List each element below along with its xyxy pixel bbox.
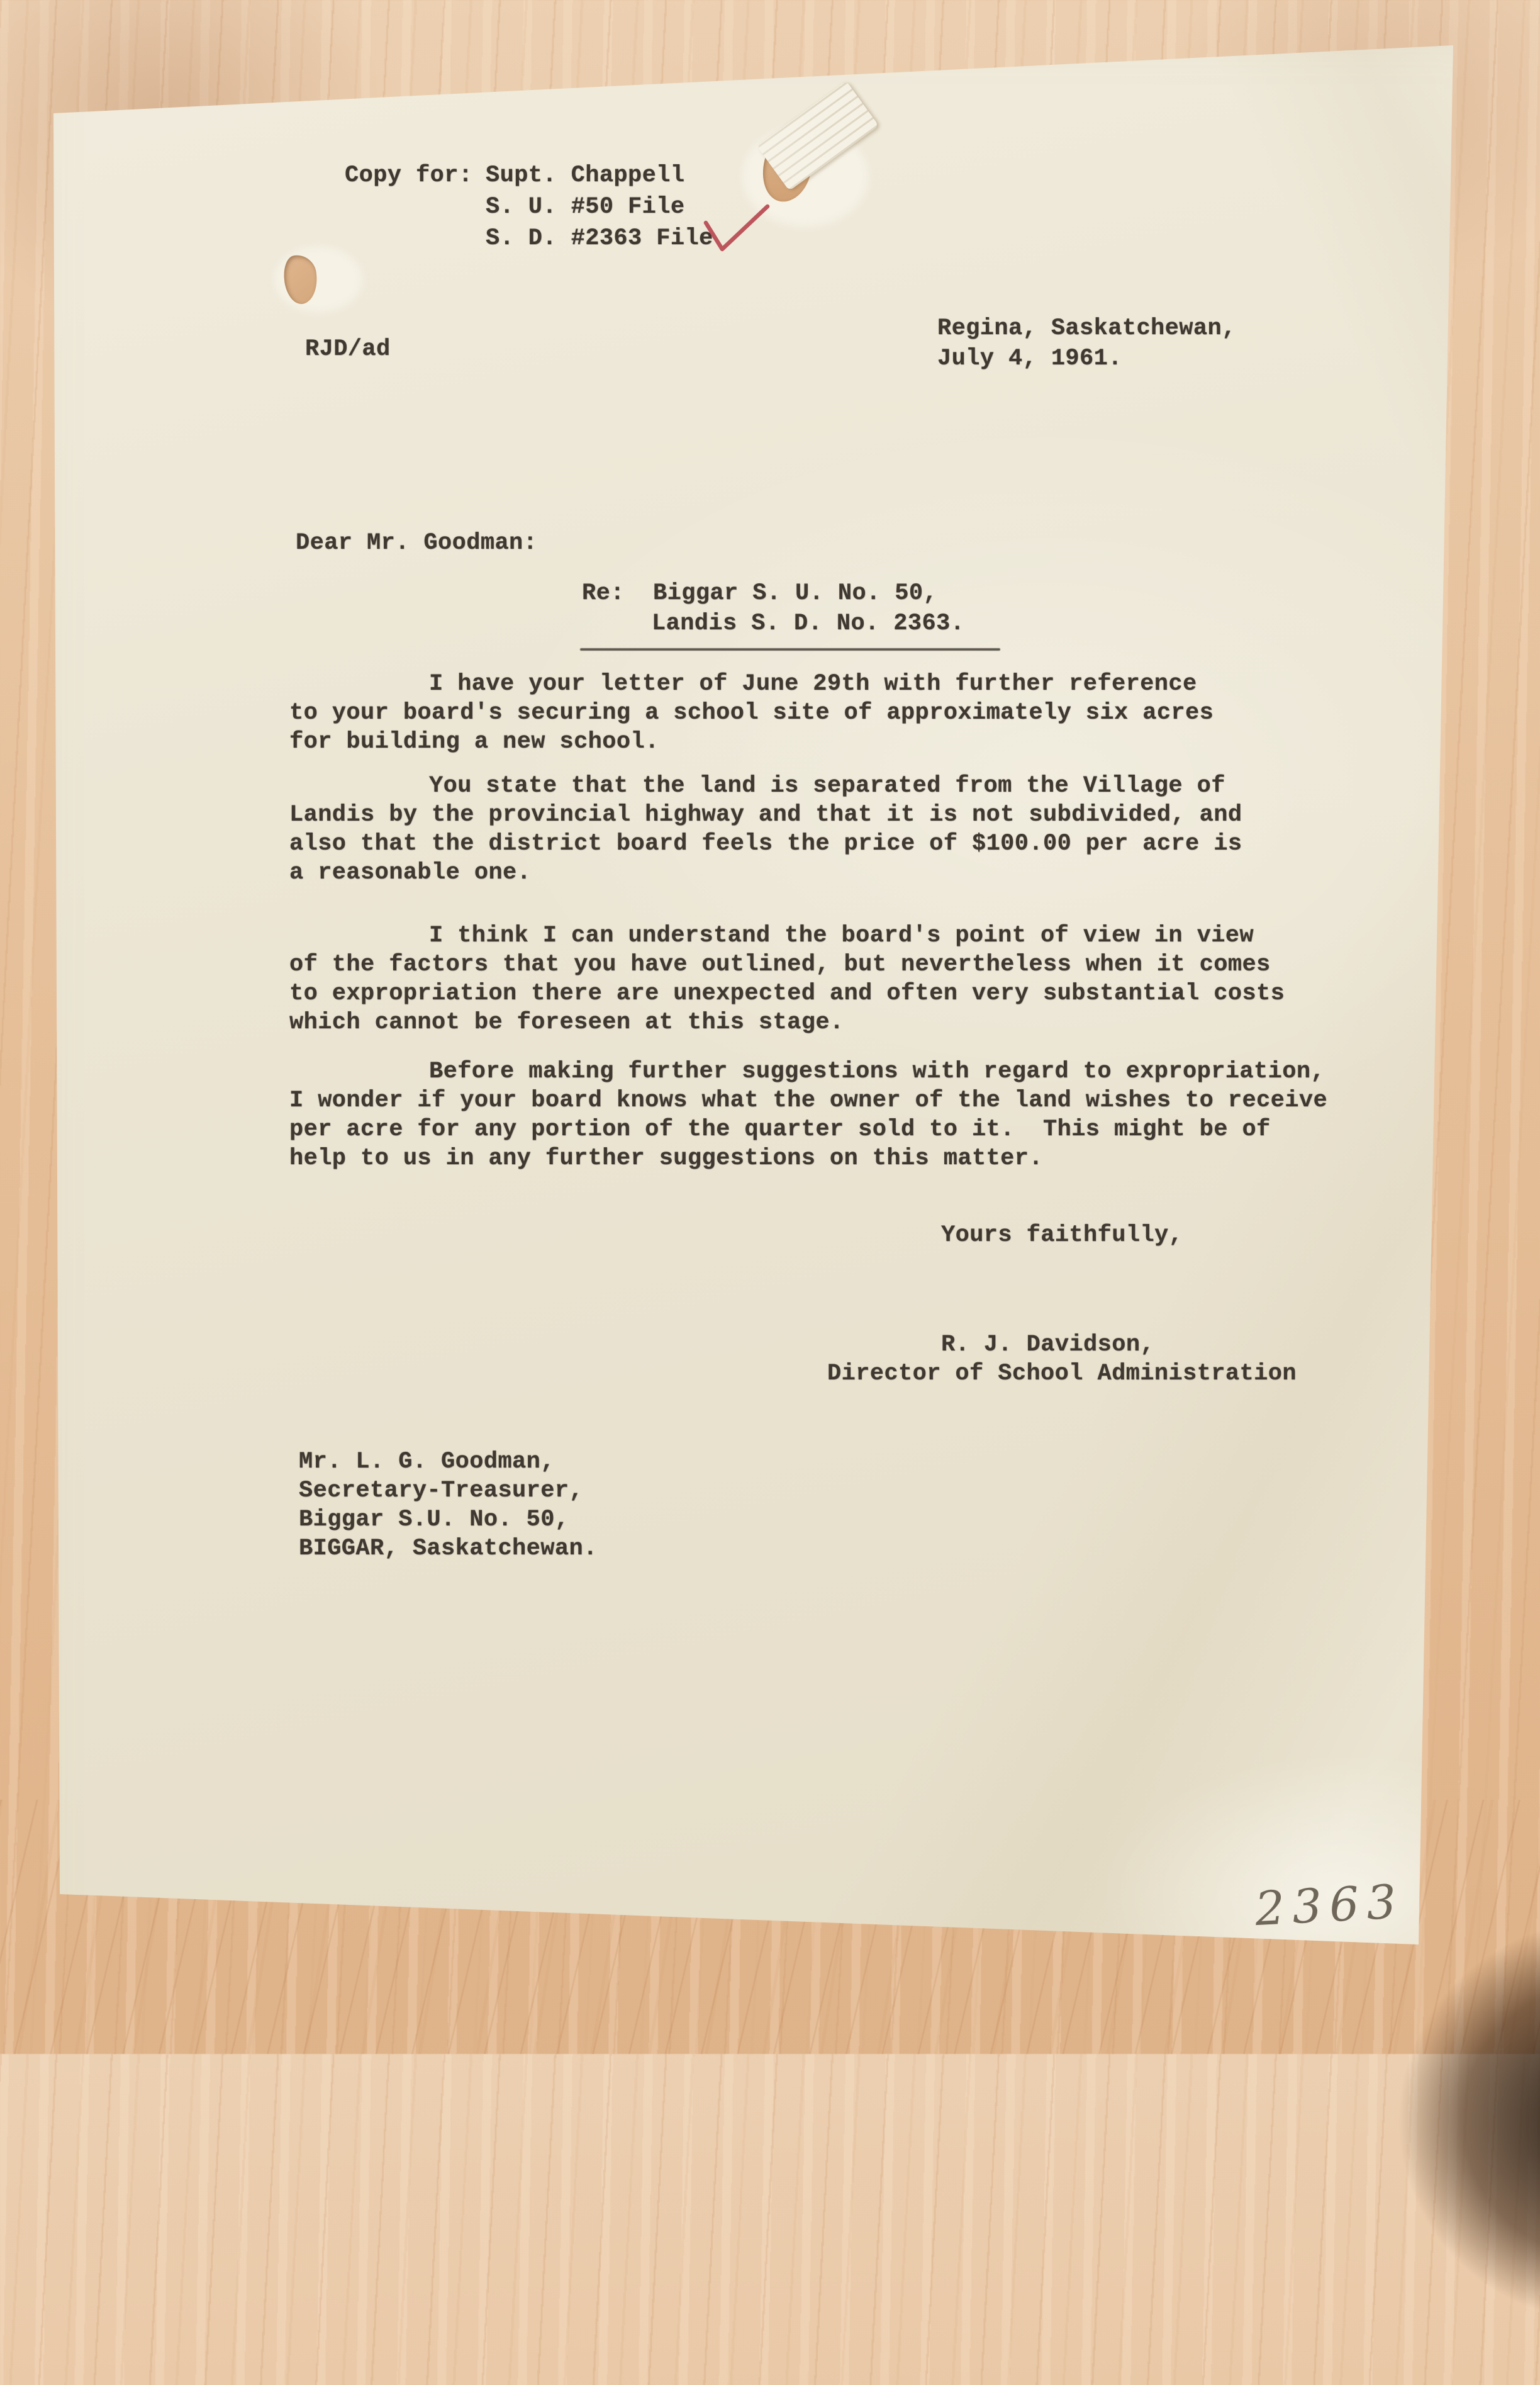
copy-for-label: Copy for: (345, 160, 472, 191)
recipient-address: Mr. L. G. Goodman, Secretary-Treasurer, … (299, 1447, 598, 1563)
body-line: Landis by the provincial highway and tha… (289, 800, 1242, 829)
recipient-line: Biggar S.U. No. 50, (299, 1505, 598, 1534)
recipient-line: Secretary-Treasurer, (299, 1476, 598, 1505)
body-line: I have your letter of June 29th with fur… (289, 670, 1214, 699)
body-line: for building a new school. (289, 727, 1214, 756)
dateline: Regina, Saskatchewan, July 4, 1961. (937, 313, 1236, 374)
body-line: per acre for any portion of the quarter … (289, 1115, 1327, 1144)
copy-for-line: S. U. #50 File (486, 191, 713, 223)
body-line: which cannot be foreseen at this stage. (289, 1008, 1285, 1037)
copy-for-line: S. D. #2363 File (486, 223, 713, 254)
body-line: to expropriation there are unexpected an… (289, 979, 1285, 1008)
body-line: Before making further suggestions with r… (289, 1057, 1327, 1086)
signature-name: R. J. Davidson, (941, 1330, 1154, 1359)
closing: Yours faithfully, (941, 1221, 1183, 1250)
body-line: of the factors that you have outlined, b… (289, 950, 1285, 979)
body-paragraph: You state that the land is separated fro… (289, 772, 1242, 887)
body-line: also that the district board feels the p… (289, 829, 1242, 858)
handwritten-file-number: 2363 (1254, 1875, 1405, 1936)
subject-line-2: Landis S. D. No. 2363. (652, 609, 964, 638)
dateline-date: July 4, 1961. (937, 344, 1236, 374)
recipient-line: BIGGAR, Saskatchewan. (299, 1534, 598, 1563)
body-line: a reasonable one. (289, 858, 1242, 887)
body-paragraph: I think I can understand the board's poi… (289, 921, 1285, 1037)
letter-paper: Copy for: Supt. Chappell S. U. #50 File … (0, 0, 1540, 2054)
body-line: help to us in any further suggestions on… (289, 1144, 1327, 1173)
body-line: I wonder if your board knows what the ow… (289, 1086, 1327, 1115)
copy-for-line: Supt. Chappell (486, 160, 713, 191)
body-line: to your board's securing a school site o… (289, 699, 1214, 727)
copy-for-list: Supt. Chappell S. U. #50 File S. D. #236… (486, 160, 713, 254)
reference-initials: RJD/ad (305, 335, 391, 364)
subject-line-1: Re: Biggar S. U. No. 50, (582, 579, 937, 608)
recipient-line: Mr. L. G. Goodman, (299, 1447, 598, 1476)
body-paragraph: I have your letter of June 29th with fur… (289, 670, 1214, 756)
checkmark-icon (697, 200, 773, 257)
subject-underline (580, 648, 1000, 651)
salutation: Dear Mr. Goodman: (296, 529, 537, 558)
body-line: I think I can understand the board's poi… (289, 921, 1285, 950)
body-line: You state that the land is separated fro… (289, 772, 1242, 800)
dateline-city: Regina, Saskatchewan, (937, 313, 1236, 344)
signature-title: Director of School Administration (827, 1359, 1297, 1388)
photo-scene: Copy for: Supt. Chappell S. U. #50 File … (0, 0, 1540, 2054)
body-paragraph: Before making further suggestions with r… (289, 1057, 1327, 1173)
